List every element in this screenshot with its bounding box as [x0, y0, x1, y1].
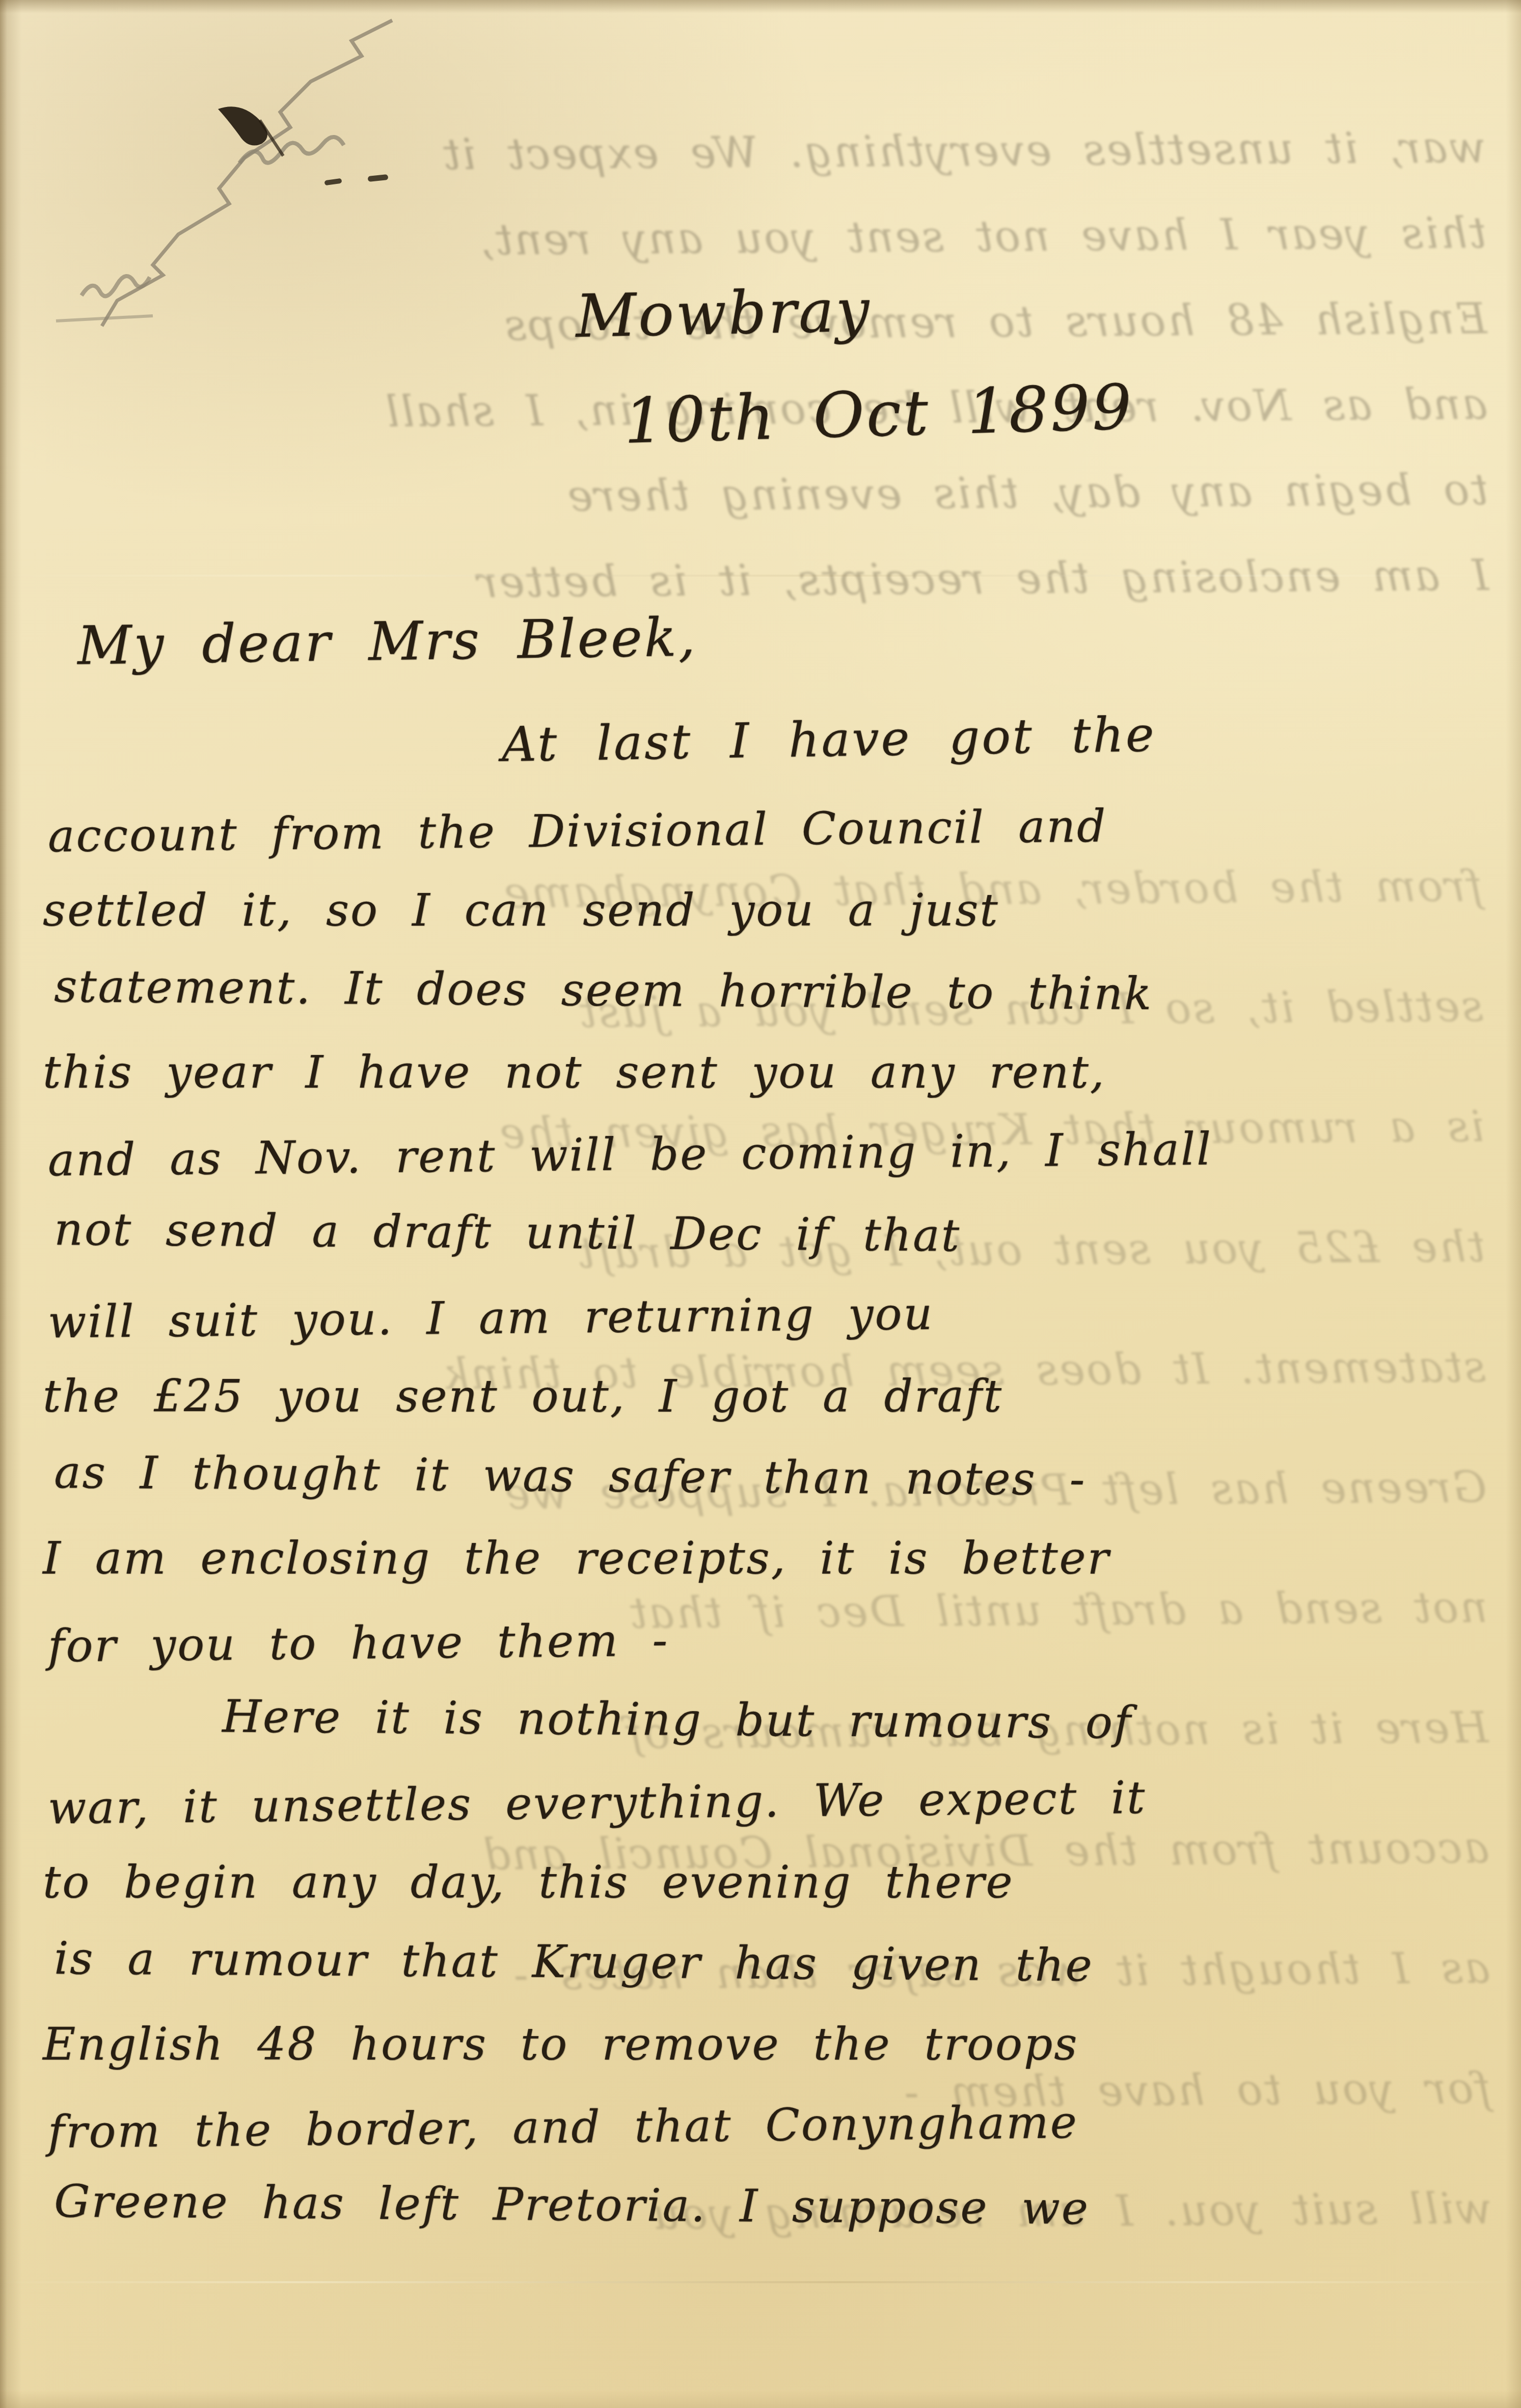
letter-line: I am enclosing the receipts, it is bette… [43, 1528, 1484, 1609]
scanned-letter-screenshot: { "document": { "kind": "Handwritten let… [0, 0, 1521, 2408]
letter-body: account from the Divisional Council and … [43, 799, 1484, 2257]
letter-line: the £25 you sent out, I got a draft [43, 1366, 1484, 1447]
letter-line: Here it is nothing but rumours of [53, 1685, 1484, 1776]
paper-crease [0, 575, 1521, 577]
letter-line: is a rumour that Kruger has given the [53, 1928, 1484, 2019]
ink-blot [213, 100, 289, 161]
letter-line: not send a draft until Dec if that [53, 1199, 1484, 1290]
letter-line: and as Nov. rent will be coming in, I sh… [47, 1116, 1484, 1210]
letter-line: settled it, so I can send you a just [43, 880, 1484, 961]
letter-line: statement. It does seem horrible to thin… [53, 956, 1484, 1047]
paper-crease [0, 2281, 1521, 2283]
letter-line: from the border, and that Conynghame [47, 2088, 1484, 2182]
letter-line: war, it unsettles everything. We expect … [47, 1764, 1484, 1858]
letter-opening-line: At last I have got the [501, 707, 1156, 773]
letter-salutation: My dear Mrs Bleek, [77, 606, 697, 677]
letter-line: account from the Divisional Council and [47, 792, 1484, 886]
letter-line: will suit you. I am returning you [47, 1278, 1484, 1372]
letter-line: to begin any day, this evening there [43, 1852, 1484, 1933]
letter-line: for you to have them - [47, 1602, 1484, 1696]
pencil-scribble [25, 10, 494, 336]
letter-line: as I thought it was safer than notes - [53, 1442, 1484, 1533]
letter-date: 10th Oct 1899 [623, 371, 1134, 457]
letter-place: Mowbray [575, 276, 872, 351]
letter-line: English 48 hours to remove the troops [43, 2014, 1484, 2095]
letter-line: Greene has left Pretoria. I suppose we [53, 2171, 1484, 2262]
letter-line: this year I have not sent you any rent, [43, 1042, 1484, 1123]
